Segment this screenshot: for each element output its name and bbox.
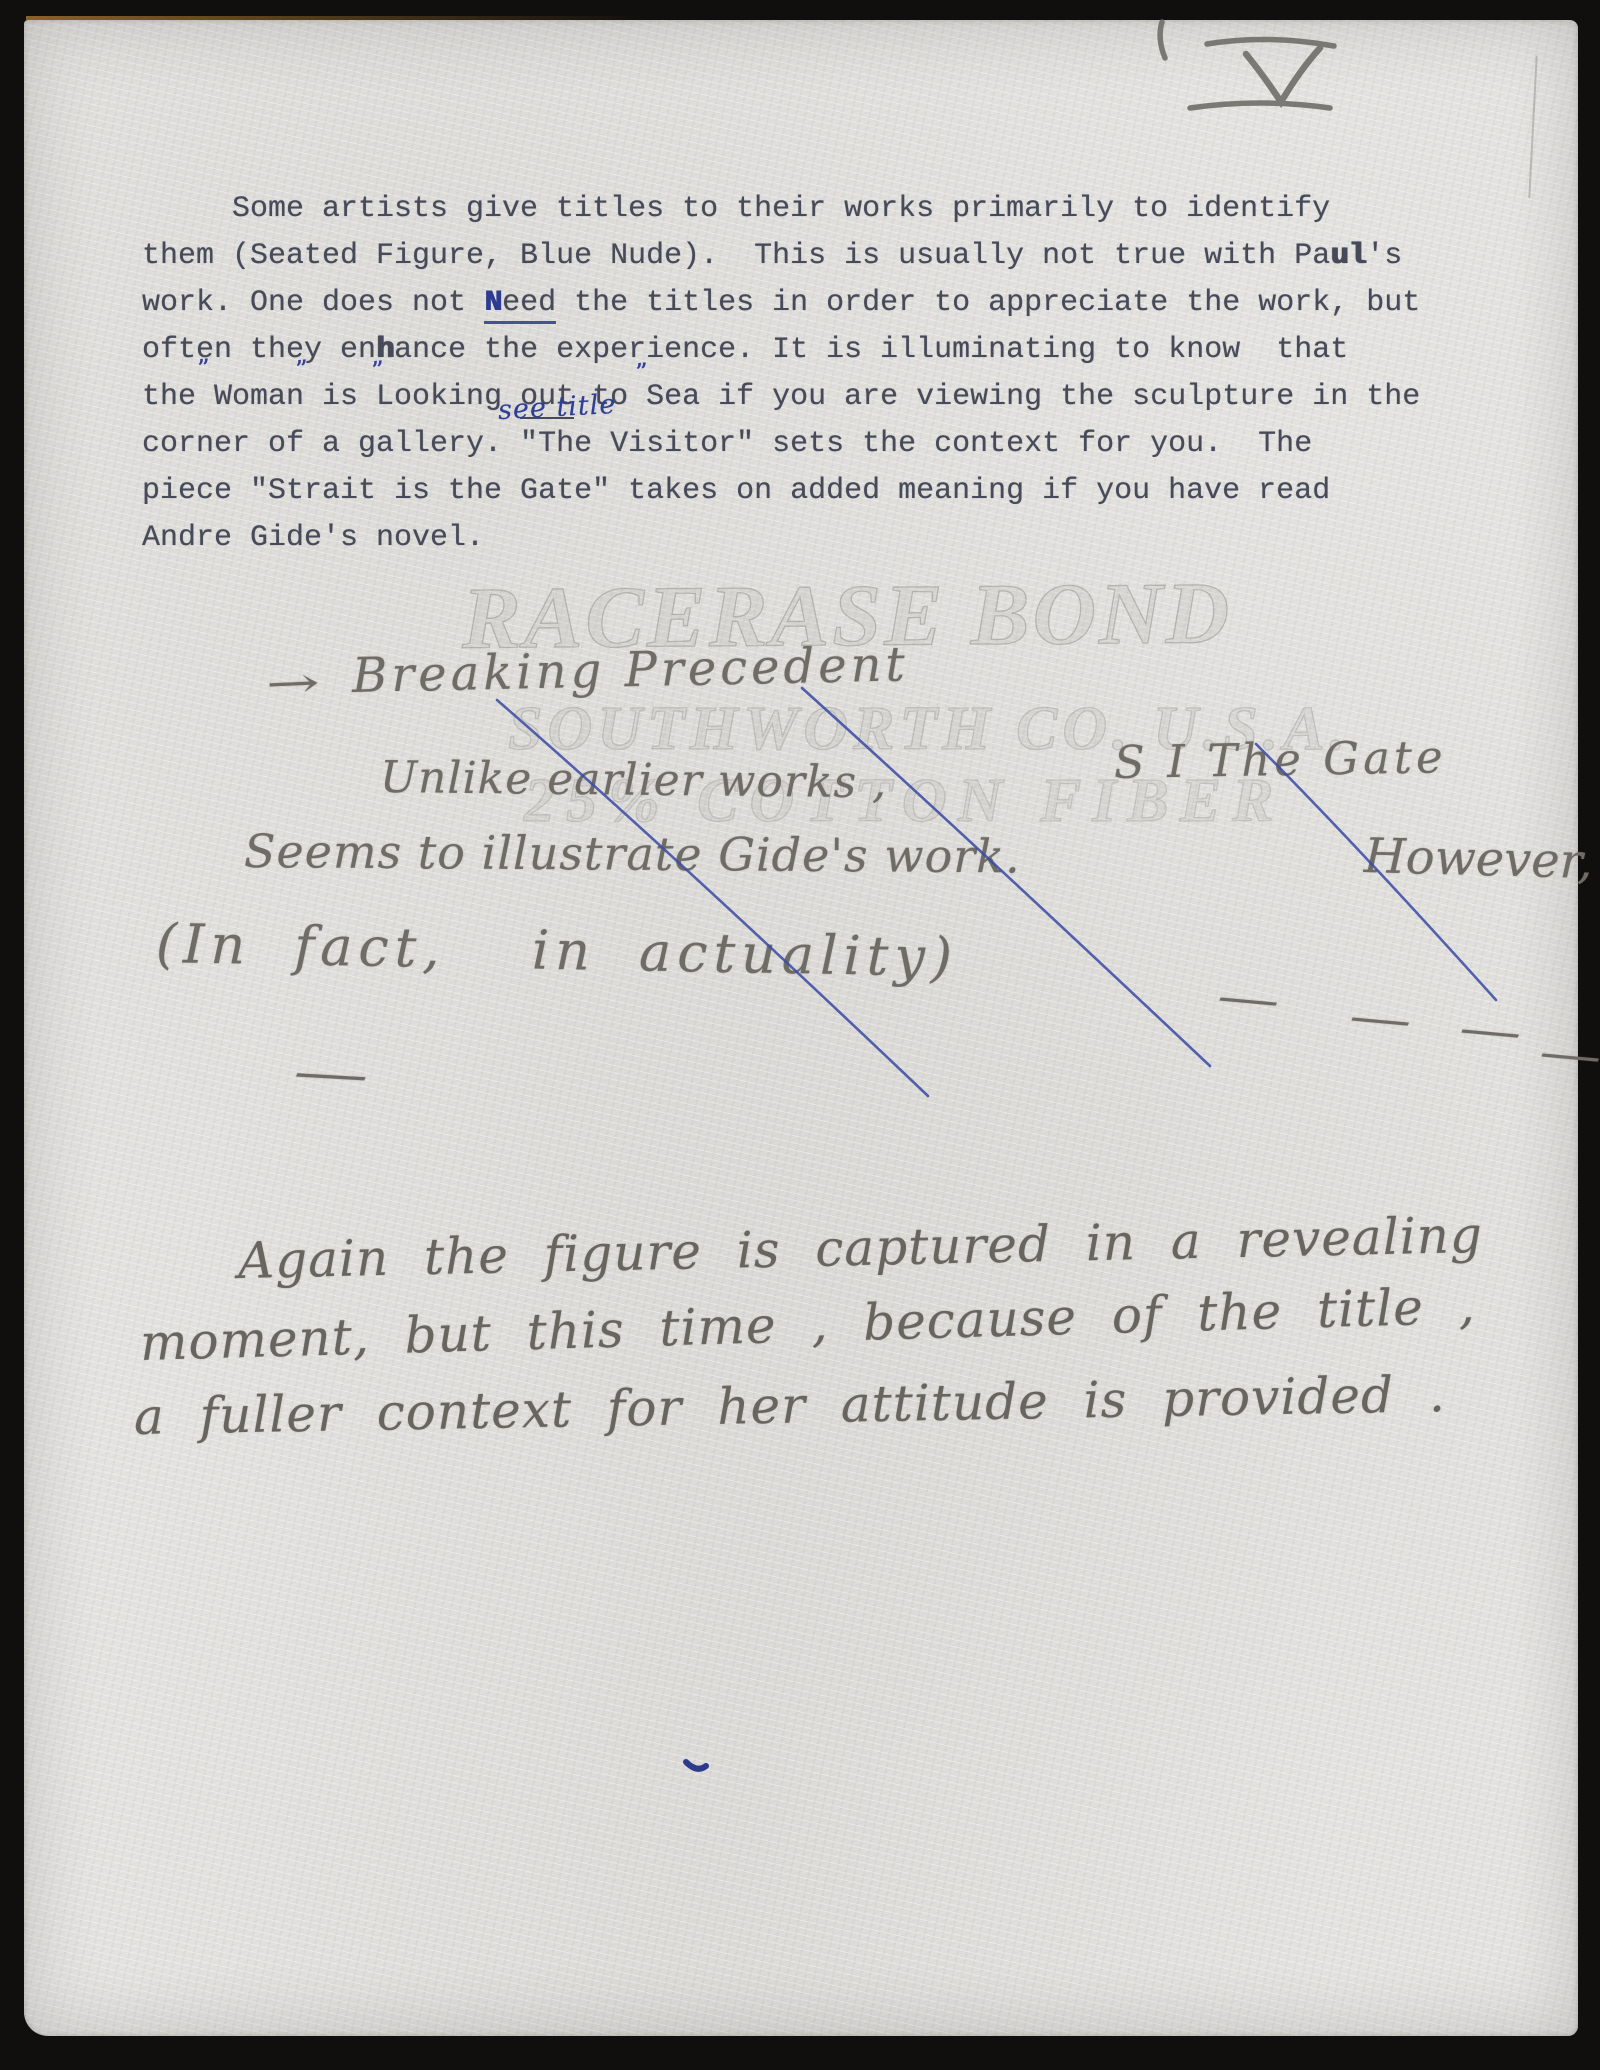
- typed-line-6: corner of a gallery. "The Visitor" sets …: [142, 421, 1312, 468]
- typed-text: to Sea if you are viewing the sculpture …: [574, 380, 1420, 414]
- typed-line-5: the Woman is Looking out to Sea if you a…: [142, 374, 1420, 421]
- ink-margin-note: see title: [497, 389, 617, 426]
- pencil-stray-dash: —: [290, 1042, 372, 1104]
- typed-text: the: [142, 380, 214, 414]
- overtyped-letters: ul: [1330, 239, 1366, 273]
- typed-text: them (Seated Figure, Blue Nude). This is…: [142, 239, 1330, 273]
- ink-underlined-word: Need: [484, 286, 556, 324]
- pencil-dash: —: [1456, 1000, 1527, 1059]
- scanned-manuscript-page: RACERASE BOND SOUTHWORTH CO. U.S.A. 25% …: [0, 0, 1600, 2070]
- pencil-line: Seems to illustrate Gide's work.: [244, 824, 1021, 883]
- typed-text: work. One does not: [142, 286, 484, 320]
- typed-line-4: often they enhance the experience. It is…: [142, 327, 1348, 374]
- typed-text: 's: [1366, 239, 1402, 273]
- typed-text: is: [304, 380, 376, 414]
- typed-text: often they en: [142, 333, 376, 367]
- ink-quote-mark: ”: [197, 353, 212, 379]
- typed-line-8: Andre Gide's novel.: [142, 515, 484, 562]
- typed-text: eed: [502, 286, 556, 320]
- pencil-dash: —: [1214, 968, 1285, 1027]
- pencil-line: S I The Gate: [1114, 730, 1448, 789]
- pencil-dash: —: [1346, 988, 1417, 1047]
- typed-text: the titles in order to appreciate the wo…: [556, 286, 1420, 320]
- pencil-heading: Breaking Precedent: [351, 636, 909, 704]
- pencil-line: Unlike earlier works ,: [380, 752, 888, 808]
- ink-overstruck-letter: N: [484, 286, 502, 320]
- paper-gilt-edge: [26, 16, 646, 20]
- typed-line-3: work. One does not Need the titles in or…: [142, 280, 1420, 327]
- ink-quote-mark: ”: [635, 357, 650, 383]
- typed-line-1: Some artists give titles to their works …: [232, 186, 1330, 233]
- ink-quote-mark: ”: [295, 354, 310, 380]
- pencil-dash: —: [1536, 1024, 1600, 1083]
- typed-line-7: piece "Strait is the Gate" takes on adde…: [142, 468, 1330, 515]
- typed-word-woman: Woman: [214, 380, 304, 414]
- typed-text: ance the experience. It is illuminating …: [394, 333, 1348, 367]
- pencil-line: However,: [1363, 828, 1593, 890]
- ink-quote-mark: ”: [371, 355, 386, 381]
- pencil-arrow: →: [263, 660, 322, 708]
- typed-line-2: them (Seated Figure, Blue Nude). This is…: [142, 233, 1402, 280]
